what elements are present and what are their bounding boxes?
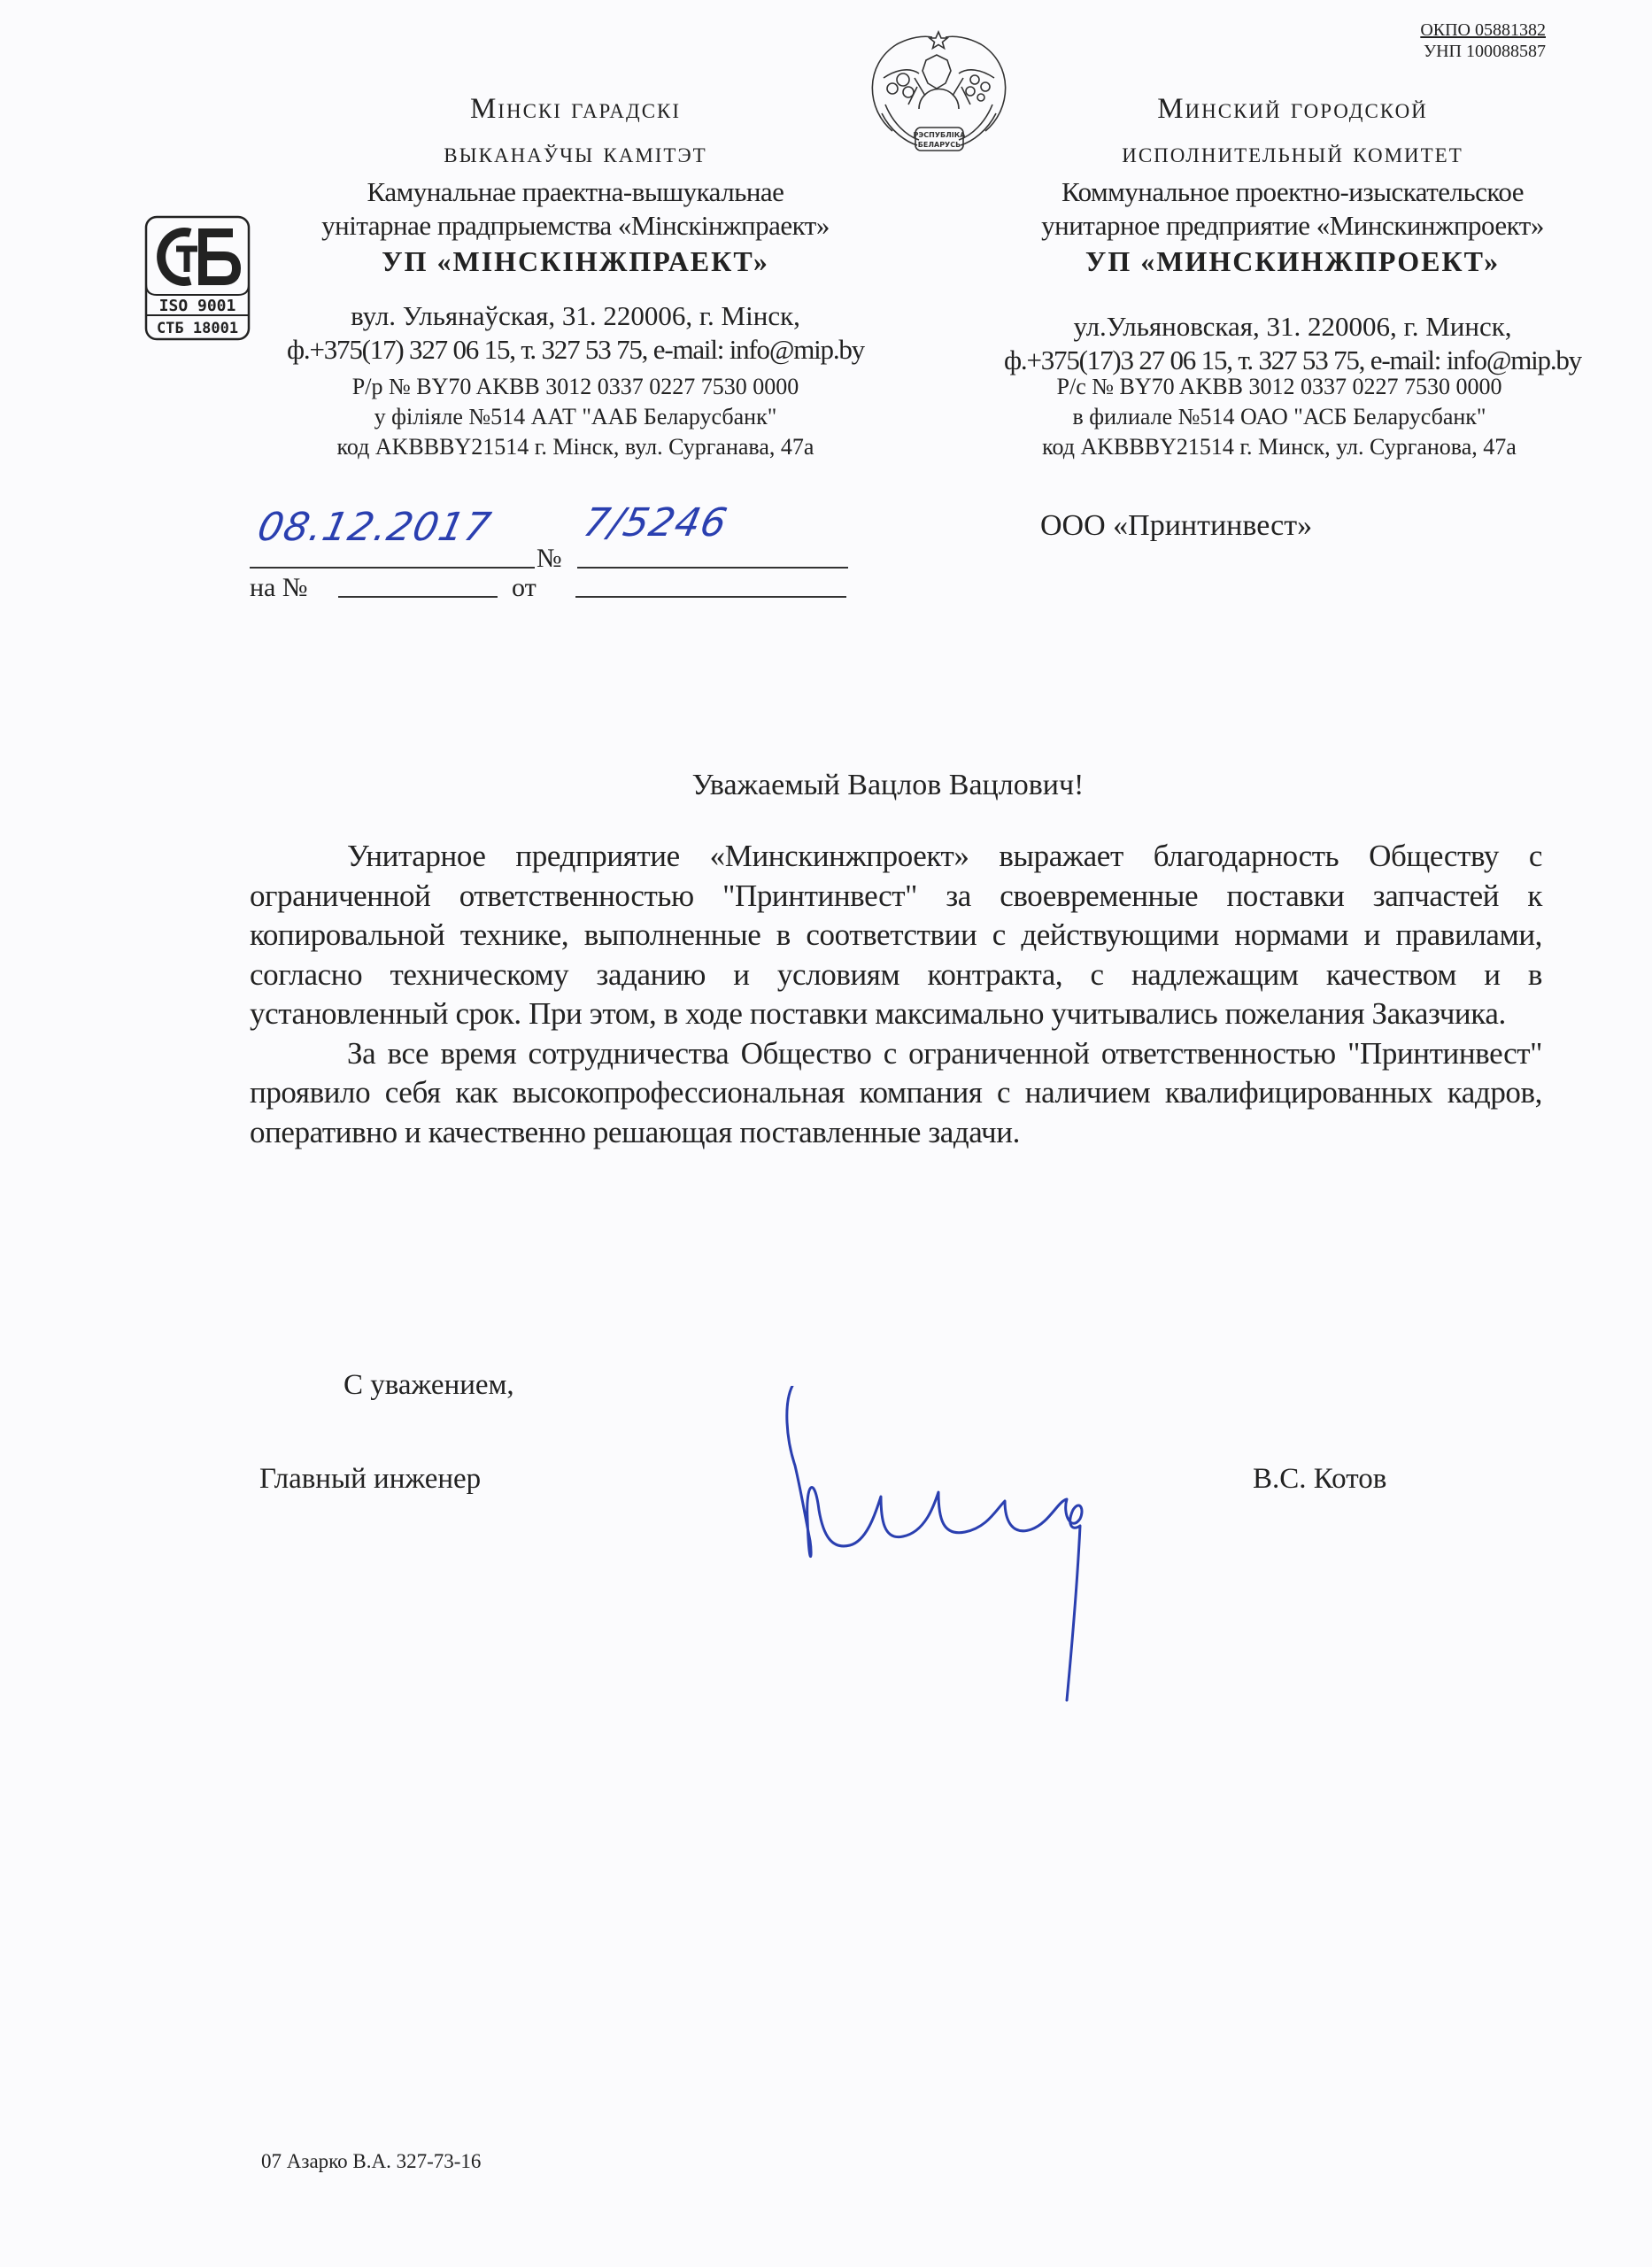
org-type-line-1: Камунальнае праектна-вышукальнае [248,175,903,209]
bank-code: код AKBBBY21514 г. Минск, ул. Сурганова,… [974,432,1585,462]
okpo-code: ОКПО 05881382 [1420,19,1546,41]
number-line [577,542,848,569]
letter-body: Унитарное предприятие «Минскинжпроект» в… [250,837,1542,1152]
authority-line-1: Мінскі гарадскі [248,87,903,131]
svg-text:ISO 9001: ISO 9001 [159,297,236,315]
org-short-name: УП «МІНСКІНЖПРАЕКТ» [248,243,903,280]
bank-details-belarusian: Р/р № BY70 AKBB 3012 0337 0227 7530 0000… [257,372,894,462]
unp-code: УНП 100088587 [1420,41,1546,62]
reply-date-line [575,571,846,598]
stb-certification-logo: ISO 9001 СТБ 18001 [144,215,251,341]
org-type-line-2: унітарнае прадпрыемства «Мінскінжпраект» [248,209,903,243]
bank-details-russian: Р/с № BY70 AKBB 3012 0337 0227 7530 0000… [974,372,1585,462]
letterhead-russian: Минский городской исполнительный комитет… [983,87,1602,377]
authority-line-1: Минский городской [983,87,1602,131]
authority-line-2: выканаўчы камітэт [248,131,903,175]
recipient: ООО «Принтинвест» [1040,509,1312,543]
svg-text:РЭСПУБЛІКА: РЭСПУБЛІКА [914,131,967,139]
registry-codes: ОКПО 05881382 УНП 100088587 [1420,19,1546,62]
bank-branch: в филиале №514 ОАО "АСБ Беларусбанк" [974,402,1585,432]
org-type-line-2: унитарное предприятие «Минскинжпроект» [983,209,1602,243]
bank-account: Р/р № BY70 AKBB 3012 0337 0227 7530 0000 [257,372,894,402]
org-address: вул. Ульянаўская, 31. 220006, г. Мінск, [248,299,903,333]
handwritten-date: 08.12.2017 [254,505,496,550]
signer-position: Главный инженер [259,1463,481,1496]
letterhead-belarusian: Мінскі гарадскі выканаўчы камітэт Камуна… [248,87,903,367]
org-address: ул.Ульяновская, 31. 220006, г. Минск, [983,310,1602,344]
bank-account: Р/с № BY70 AKBB 3012 0337 0227 7530 0000 [974,372,1585,402]
reply-number-label: на № [250,573,308,603]
salutation: Уважаемый Вацлов Вацлович! [0,769,1652,802]
org-type-line-1: Коммунальное проектно-изыскательское [983,175,1602,209]
number-label: № [537,544,562,574]
svg-text:СТБ 18001: СТБ 18001 [157,320,238,337]
reply-number-line [338,571,498,598]
bank-branch: у філіяле №514 ААТ "ААБ Беларусбанк" [257,402,894,432]
body-paragraph: За все время сотрудничества Общество с о… [250,1034,1542,1153]
body-paragraph: Унитарное предприятие «Минскинжпроект» в… [250,837,1542,1034]
reply-registration: на № от [250,571,869,607]
org-contacts: ф.+375(17) 327 06 15, т. 327 53 75, e-ma… [248,333,903,367]
svg-text:БЕЛАРУСЬ: БЕЛАРУСЬ [918,141,961,149]
bank-code: код AKBBBY21514 г. Мінск, вул. Сурганава… [257,432,894,462]
authority-line-2: исполнительный комитет [983,131,1602,175]
handwritten-number: 7/5246 [580,500,732,545]
reply-from-label: от [512,573,537,603]
handwritten-signature [779,1386,1310,1705]
executor-note: 07 Азарко В.А. 327-73-16 [261,2150,481,2173]
org-short-name: УП «МИНСКИНЖПРОЕКТ» [983,243,1602,280]
closing: С уважением, [344,1369,514,1402]
